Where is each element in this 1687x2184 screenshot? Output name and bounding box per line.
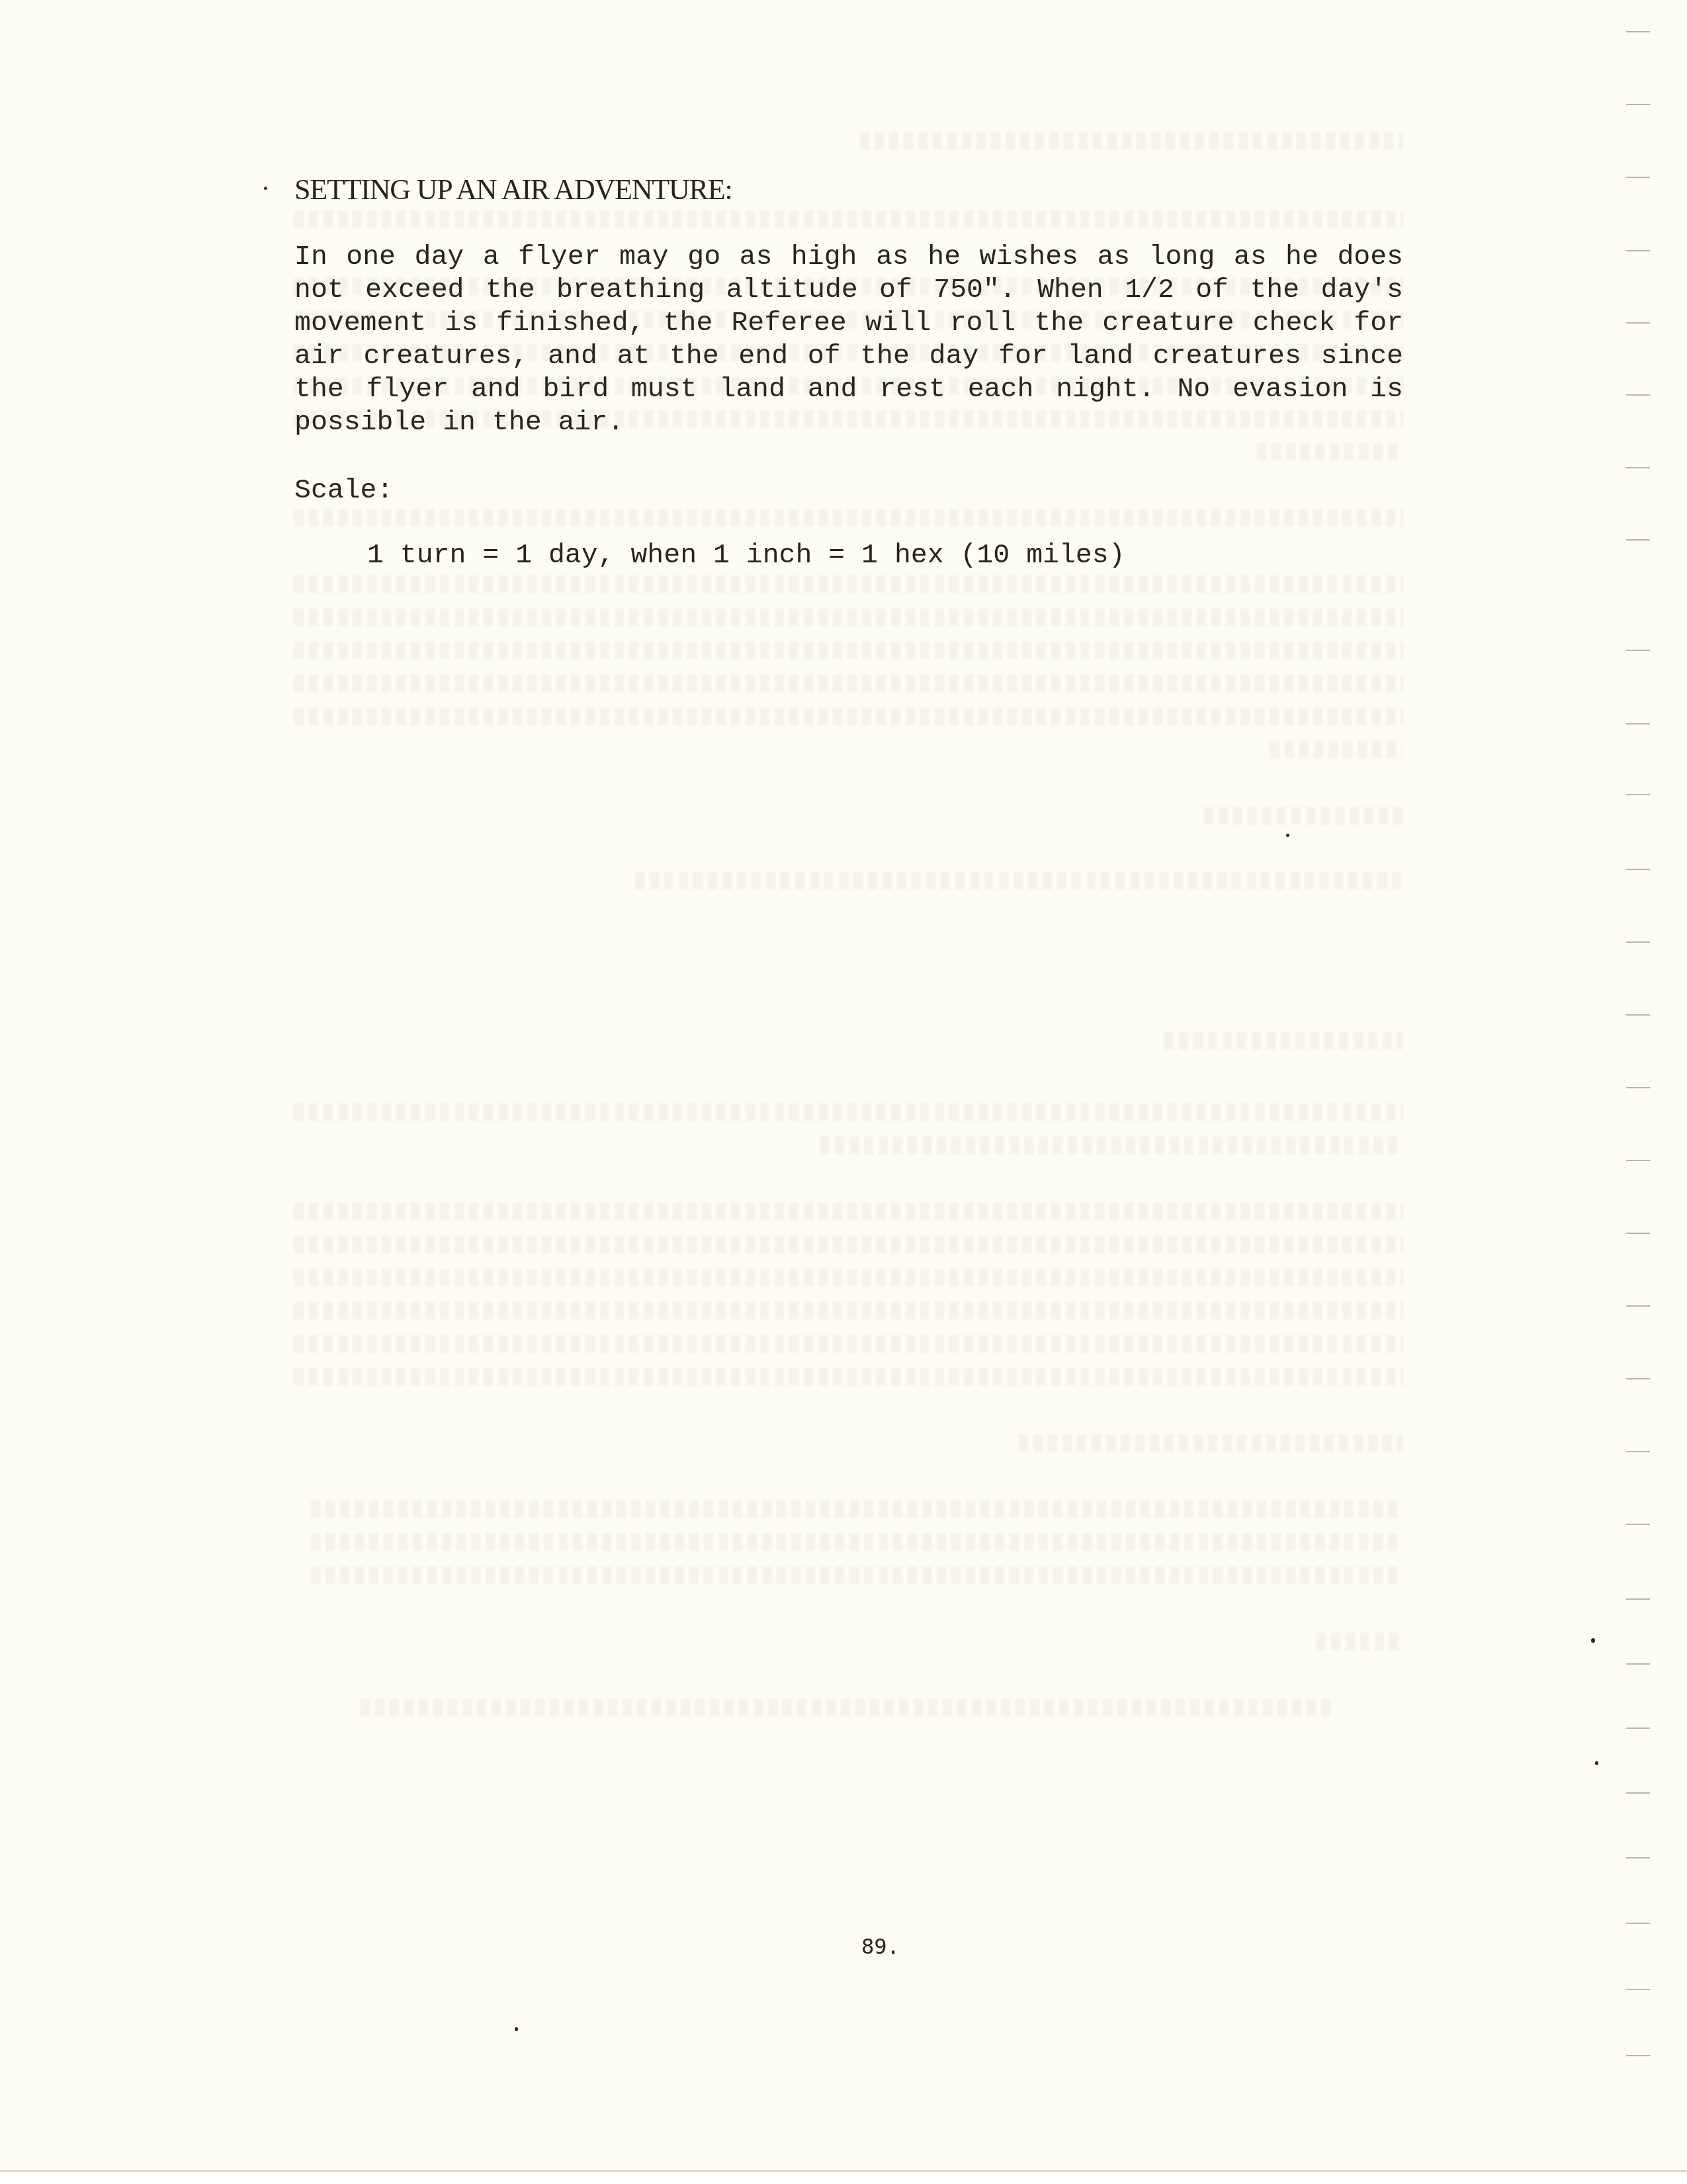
paragraph-line: possible in the air. [294,406,1403,439]
paragraph-line: movement is finished, the Referee will r… [294,307,1403,340]
scale-label: Scale: [294,474,393,507]
paragraph-line: the flyer and bird must land and rest ea… [294,373,1403,406]
scan-speck [1591,1638,1595,1643]
paragraph-line: In one day a flyer may go as high as he … [294,241,1403,274]
bullet-dot [264,187,267,190]
scale-value: 1 turn = 1 day, when 1 inch = 1 hex (10 … [367,539,1125,572]
section-heading: SETTING UP AN AIR ADVENTURE: [294,173,732,206]
paragraph-line: air creatures, and at the end of the day… [294,340,1403,373]
paragraph-line: not exceed the breathing altitude of 750… [294,274,1403,307]
page-number: 89. [861,1933,900,1960]
scanned-page: SETTING UP AN AIR ADVENTURE: In one day … [0,0,1687,2172]
scan-speck [1286,834,1289,837]
paragraph: In one day a flyer may go as high as he … [294,241,1403,439]
scan-speck [515,2027,518,2031]
scan-speck [1595,1761,1598,1765]
